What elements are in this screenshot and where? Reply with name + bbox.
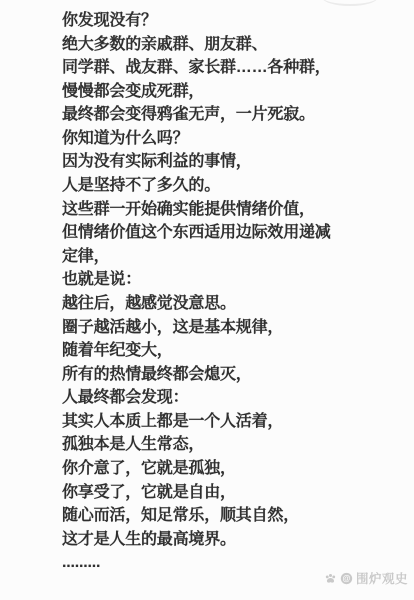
watermark: @ 围炉观史 [324, 570, 408, 586]
text-image-page: 你发现没有？ 绝大多数的亲戚群、朋友群、 同学群、战友群、家长群……各种群， 慢… [0, 0, 414, 600]
text-line: 绝大多数的亲戚群、朋友群、 [62, 33, 331, 57]
text-line: 也就是说： [62, 268, 331, 292]
text-line: 越往后，越感觉没意思。 [62, 292, 331, 316]
text-line: 这些群一开始确实能提供情绪价值， [62, 198, 331, 222]
text-line: 你发现没有？ [62, 9, 331, 33]
text-line: 这才是人生的最高境界。 [62, 528, 331, 552]
text-line: 慢慢都会变成死群， [62, 80, 331, 104]
svg-text:@: @ [343, 574, 351, 583]
text-line: 孤独本是人生常态， [62, 433, 331, 457]
text-line: 定律， [62, 245, 331, 269]
at-circle-icon: @ [340, 572, 353, 585]
text-line: 你知道为什么吗？ [62, 127, 331, 151]
text-line: 但情绪价值这个东西适用边际效用递减 [62, 221, 331, 245]
text-line: 所有的热情最终都会熄灭， [62, 363, 331, 387]
article-text: 你发现没有？ 绝大多数的亲戚群、朋友群、 同学群、战友群、家长群……各种群， 慢… [62, 9, 331, 575]
text-line: 同学群、战友群、家长群……各种群， [62, 56, 331, 80]
text-line: 人是坚持不了多久的。 [62, 174, 331, 198]
text-line: 随着年纪变大， [62, 339, 331, 363]
text-line: 圈子越活越小，这是基本规律， [62, 316, 331, 340]
text-line: 人最终都会发现： [62, 386, 331, 410]
paw-icon [324, 572, 337, 585]
text-line: 其实人本质上都是一个人活着， [62, 410, 331, 434]
text-line: 因为没有实际利益的事情， [62, 150, 331, 174]
watermark-account-name: 围炉观史 [356, 569, 408, 587]
text-line: 随心而活，知足常乐，顺其自然， [62, 504, 331, 528]
ellipsis-line: ......... [62, 551, 331, 575]
page-edge-artifact [322, 0, 378, 6]
text-line: 你介意了，它就是孤独， [62, 457, 331, 481]
text-line: 你享受了，它就是自由， [62, 481, 331, 505]
text-line: 最终都会变得鸦雀无声，一片死寂。 [62, 103, 331, 127]
